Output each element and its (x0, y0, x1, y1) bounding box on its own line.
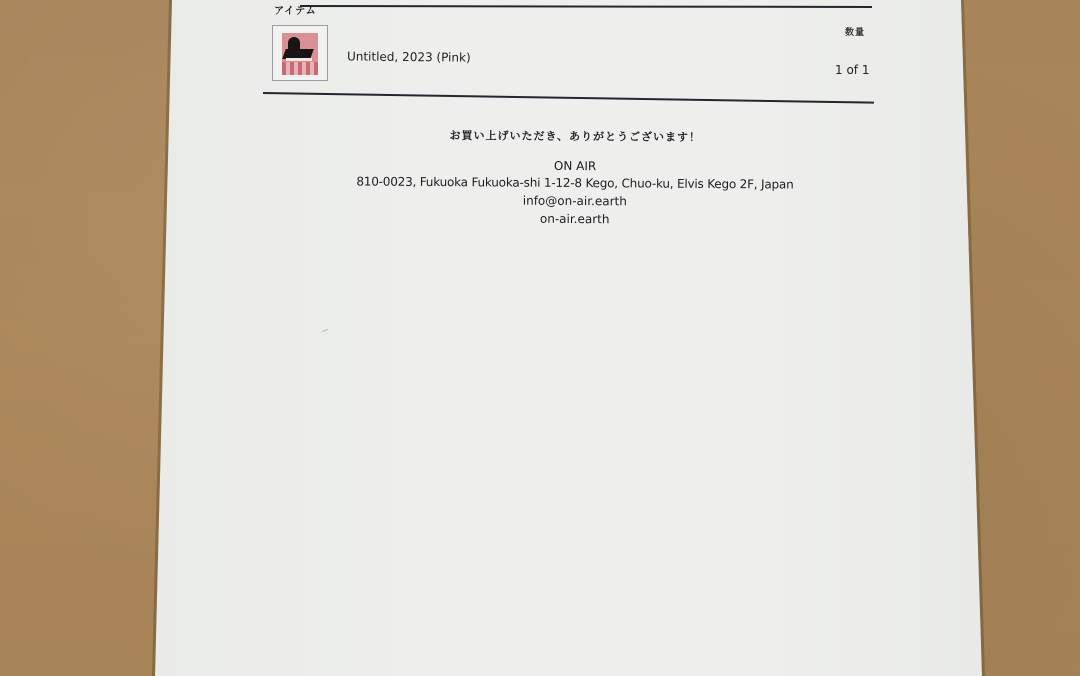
receipt-footer: お買い上げいただき、ありがとうございます！ ON AIR 810-0023, F… (330, 126, 821, 229)
store-website: on-air.earth (330, 208, 820, 229)
quantity-column-header: 数量 (845, 25, 865, 38)
artwork-pattern (282, 62, 318, 75)
store-address: 810-0023, Fukuoka Fukuoka-shi 1-12-8 Keg… (330, 172, 820, 193)
item-title: Untitled, 2023 (Pink) (347, 49, 471, 64)
item-quantity: 1 of 1 (835, 63, 869, 77)
item-thumbnail (272, 25, 328, 81)
artwork-image-icon (282, 33, 318, 75)
items-column-header: アイテム (274, 2, 317, 17)
thank-you-message: お買い上げいただき、ありがとうございます！ (330, 126, 820, 145)
artwork-figure-arm (286, 58, 312, 61)
